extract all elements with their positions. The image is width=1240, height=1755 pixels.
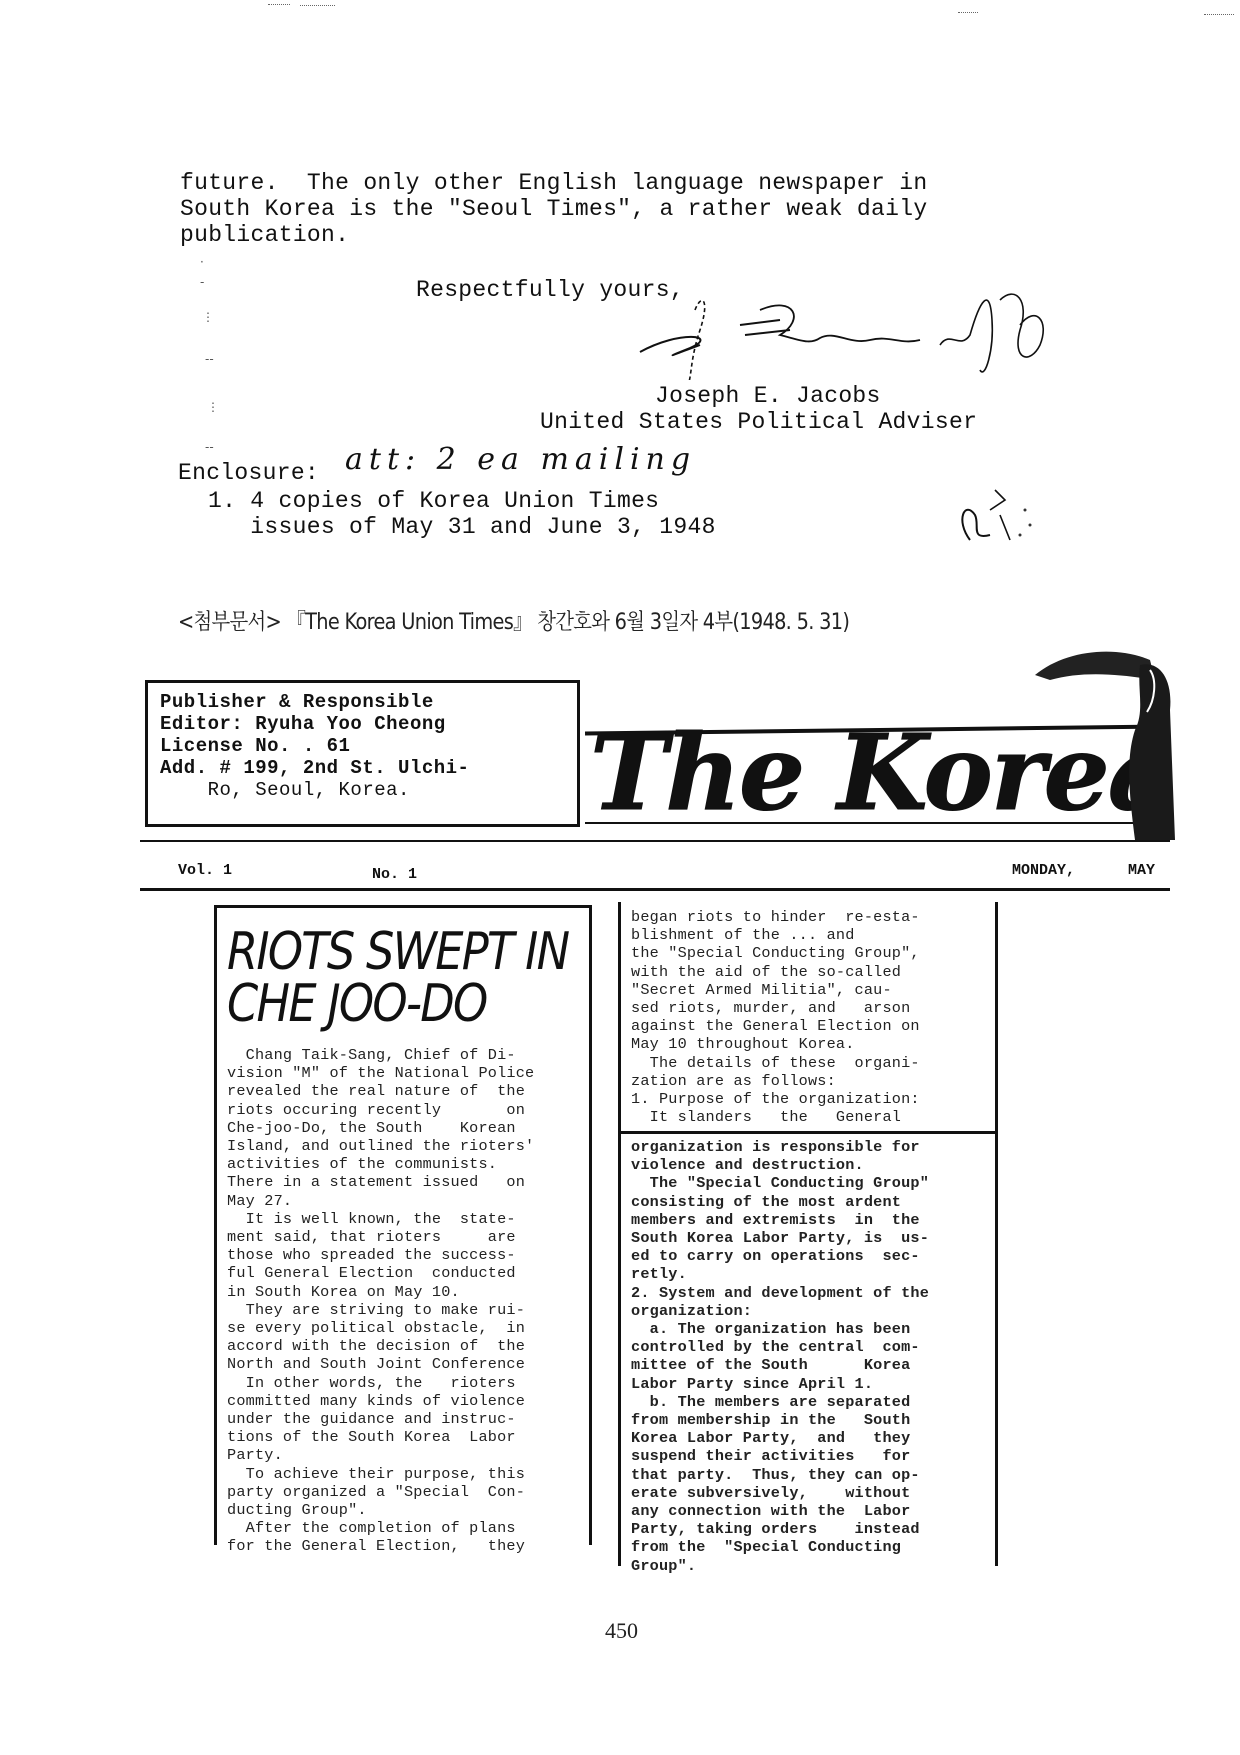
article-line: b. The members are separated: [631, 1393, 995, 1411]
article-line: Labor Party since April 1.: [631, 1375, 995, 1393]
article-line: Chang Taik-Sang, Chief of Di-: [227, 1046, 589, 1064]
scan-artifact: [300, 5, 335, 7]
torch-emblem-icon: [1025, 640, 1175, 840]
enclosure-list: 1. 4 copies of Korea Union Times issues …: [208, 488, 716, 540]
page-number: 450: [605, 1618, 638, 1644]
article-line: They are striving to make rui-: [227, 1301, 589, 1319]
volume-label: Vol. 1: [178, 862, 232, 879]
margin-mark: ·: [200, 255, 204, 269]
margin-mark: ⋮: [202, 310, 214, 324]
article-line: 1. Purpose of the organization:: [631, 1090, 995, 1108]
article-line: activities of the communists.: [227, 1155, 589, 1173]
issue-number-label: No. 1: [372, 866, 417, 883]
margin-mark: -: [200, 275, 204, 289]
article-line: To achieve their purpose, this: [227, 1465, 589, 1483]
enclosure-item: 1. 4 copies of Korea Union Times: [208, 488, 716, 514]
publisher-line: Editor: Ryuha Yoo Cheong: [160, 713, 577, 735]
article-line: party organized a "Special Con-: [227, 1483, 589, 1501]
article-line: a. The organization has been: [631, 1320, 995, 1338]
article-body: Chang Taik-Sang, Chief of Di-vision "M" …: [217, 1046, 589, 1556]
article-left-column: RIOTS SWEPT IN CHE JOO-DO Chang Taik-San…: [214, 905, 592, 1545]
article-line: retly.: [631, 1265, 995, 1283]
article-right-column-top: began riots to hinder re-esta-blishment …: [618, 902, 998, 1134]
scan-artifact: [268, 4, 290, 6]
enclosure-item: issues of May 31 and June 3, 1948: [208, 514, 716, 540]
article-line: Party, taking orders instead: [631, 1520, 995, 1538]
month-label: MAY: [1128, 862, 1155, 879]
article-right-column-bottom: organization is responsible forviolence …: [618, 1134, 998, 1566]
article-line: Che-joo-Do, the South Korean: [227, 1119, 589, 1137]
article-line: erate subversively, without: [631, 1484, 995, 1502]
article-line: the "Special Conducting Group",: [631, 944, 995, 962]
publisher-line: Add. # 199, 2nd St. Ulchi-: [160, 757, 577, 779]
document-caption: <첨부문서> 『The Korea Union Times』 창간호와 6월 3…: [178, 605, 849, 636]
publisher-box: Publisher & Responsible Editor: Ryuha Yo…: [145, 680, 580, 827]
article-line: Korea Labor Party, and they: [631, 1429, 995, 1447]
article-line: zation are as follows:: [631, 1072, 995, 1090]
article-line: Group".: [631, 1557, 995, 1575]
letter-body-line: publication.: [180, 222, 927, 248]
article-line: ment said, that rioters are: [227, 1228, 589, 1246]
article-line: se every political obstacle, in: [227, 1319, 589, 1337]
article-line: organization is responsible for: [631, 1138, 995, 1156]
dateline-rule: [140, 840, 1170, 842]
article-line: May 27.: [227, 1192, 589, 1210]
enclosure-label: Enclosure:: [178, 460, 319, 486]
article-line: members and extremists in the: [631, 1211, 995, 1229]
article-line: suspend their activities for: [631, 1447, 995, 1465]
dateline-rule: [140, 888, 1170, 891]
article-line: South Korea Labor Party, is us-: [631, 1229, 995, 1247]
article-body: began riots to hinder re-esta-blishment …: [621, 908, 995, 1126]
signature-icon: [620, 290, 1080, 380]
article-line: under the guidance and instruc-: [227, 1410, 589, 1428]
article-line: There in a statement issued on: [227, 1173, 589, 1191]
article-body: organization is responsible forviolence …: [621, 1138, 995, 1575]
headline-line: CHE JOO-DO: [227, 978, 538, 1030]
article-line: accord with the decision of the: [227, 1337, 589, 1355]
article-line: began riots to hinder re-esta-: [631, 908, 995, 926]
article-line: vision "M" of the National Police: [227, 1064, 589, 1082]
article-line: committed many kinds of violence: [227, 1392, 589, 1410]
margin-mark: --: [205, 440, 214, 454]
article-line: riots occuring recently on: [227, 1101, 589, 1119]
article-headline: RIOTS SWEPT IN CHE JOO-DO: [227, 926, 538, 1030]
headline-line: RIOTS SWEPT IN: [227, 926, 538, 978]
article-line: mittee of the South Korea: [631, 1356, 995, 1374]
publisher-line: Publisher & Responsible: [160, 691, 577, 713]
letter-body: future. The only other English language …: [180, 170, 927, 248]
article-line: The details of these organi-: [631, 1054, 995, 1072]
signer-name: Joseph E. Jacobs: [655, 383, 881, 409]
margin-mark: ⋮: [207, 400, 219, 414]
publisher-line: Ro, Seoul, Korea.: [160, 779, 577, 801]
article-line: ful General Election conducted: [227, 1264, 589, 1282]
margin-mark: --: [205, 352, 214, 366]
signer-title: United States Political Adviser: [540, 409, 977, 435]
article-line: any connection with the Labor: [631, 1502, 995, 1520]
article-line: organization:: [631, 1302, 995, 1320]
letter-body-line: South Korea is the "Seoul Times", a rath…: [180, 196, 927, 222]
article-line: those who spreaded the success-: [227, 1246, 589, 1264]
scan-artifact: [958, 12, 978, 14]
article-line: consisting of the most ardent: [631, 1193, 995, 1211]
scan-artifact: [1204, 14, 1234, 16]
article-line: that party. Thus, they can op-: [631, 1466, 995, 1484]
article-line: Island, and outlined the rioters': [227, 1137, 589, 1155]
article-line: The "Special Conducting Group": [631, 1174, 995, 1192]
article-line: from membership in the South: [631, 1411, 995, 1429]
article-line: from the "Special Conducting: [631, 1538, 995, 1556]
article-line: 2. System and development of the: [631, 1284, 995, 1302]
letter-body-line: future. The only other English language …: [180, 170, 927, 196]
article-line: ed to carry on operations sec-: [631, 1247, 995, 1265]
article-line: with the aid of the so-called: [631, 963, 995, 981]
article-line: tions of the South Korea Labor: [227, 1428, 589, 1446]
article-line: in South Korea on May 10.: [227, 1283, 589, 1301]
publisher-line: License No. . 61: [160, 735, 577, 757]
article-line: ducting Group".: [227, 1501, 589, 1519]
article-line: against the General Election on: [631, 1017, 995, 1035]
article-line: Party.: [227, 1446, 589, 1464]
article-line: controlled by the central com-: [631, 1338, 995, 1356]
article-line: After the completion of plans: [227, 1519, 589, 1537]
article-line: violence and destruction.: [631, 1156, 995, 1174]
article-line: North and South Joint Conference: [227, 1355, 589, 1373]
article-line: It slanders the General: [631, 1108, 995, 1126]
article-line: sed riots, murder, and arson: [631, 999, 995, 1017]
article-line: blishment of the ... and: [631, 926, 995, 944]
article-line: In other words, the rioters: [227, 1374, 589, 1392]
article-line: May 10 throughout Korea.: [631, 1035, 995, 1053]
handwritten-annotation: att: 2 ea mailing: [345, 442, 696, 477]
article-line: revealed the real nature of the: [227, 1082, 589, 1100]
initials-mark-icon: [950, 480, 1050, 550]
weekday-label: MONDAY,: [1012, 862, 1075, 879]
article-line: "Secret Armed Militia", cau-: [631, 981, 995, 999]
article-line: for the General Election, they: [227, 1537, 589, 1555]
article-line: It is well known, the state-: [227, 1210, 589, 1228]
